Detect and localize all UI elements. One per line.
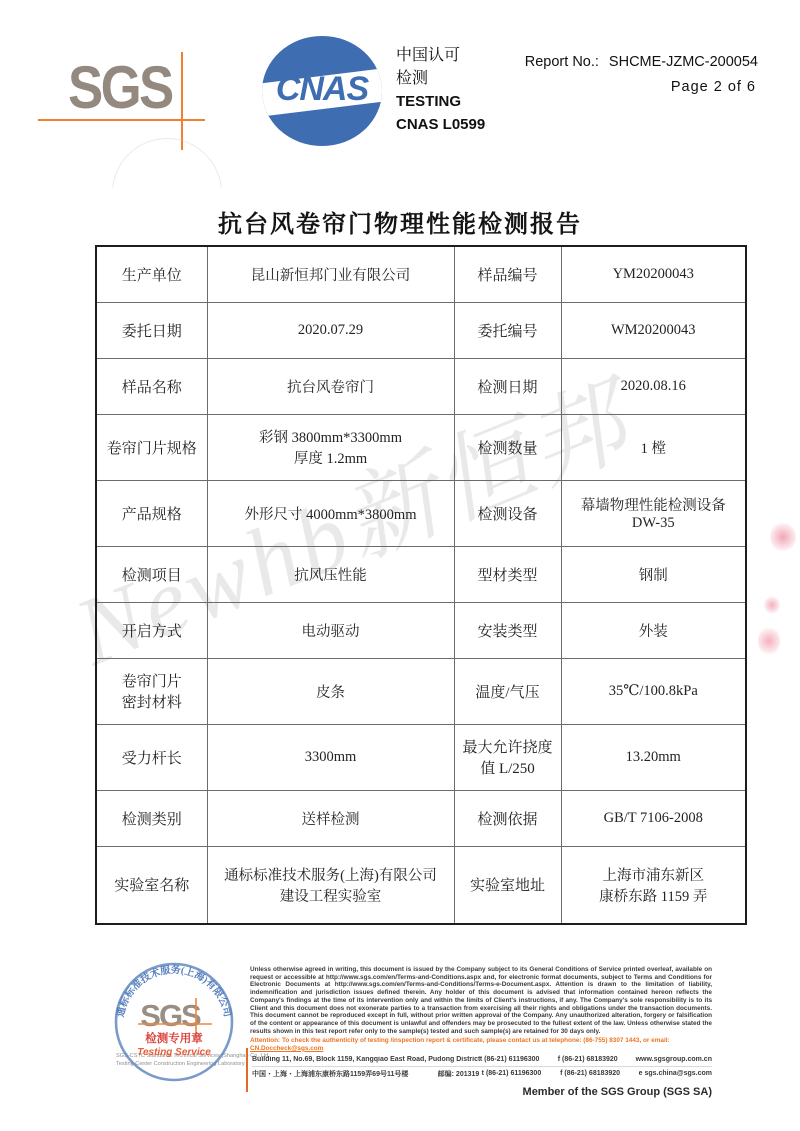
row-label: 受力杆长 — [96, 724, 207, 790]
row-label: 最大允许挠度 值 L/250 — [454, 724, 561, 790]
row-label: 卷帘门片规格 — [96, 414, 207, 480]
row-label: 检测依据 — [454, 790, 561, 846]
row-value: 上海市浦东新区 康桥东路 1159 弄 — [561, 846, 746, 924]
report-no-value: SHCME-JZMC-200054 — [609, 54, 758, 70]
report-info-table: 生产单位 昆山新恒邦门业有限公司 样品编号 YM20200043 委托日期 20… — [95, 245, 747, 925]
row-value: YM20200043 — [561, 246, 746, 302]
row-label: 样品名称 — [96, 358, 207, 414]
stamp-cn-label: 检测专用章 — [145, 1031, 203, 1045]
sgs-logo-vertical-line — [181, 52, 183, 150]
address-en: Building 11, No.69, Block 1159, Kangqiao… — [252, 1056, 480, 1063]
table-row: 卷帘门片 密封材料 皮条 温度/气压 35℃/100.8kPa — [96, 658, 746, 724]
red-seal-fragment — [770, 522, 796, 552]
row-label: 实验室名称 — [96, 846, 207, 924]
page-title: 抗台风卷帘门物理性能检测报告 — [0, 204, 800, 239]
website-url: www.sgsgroup.com.cn — [636, 1056, 712, 1063]
doccheck-email: CN.Doccheck@sgs.com — [250, 1045, 323, 1052]
report-number-block: Report No.:SHCME-JZMC-200054 Page 2 of 6 — [525, 54, 758, 95]
row-label: 检测设备 — [454, 480, 561, 546]
table-row: 产品规格 外形尺寸 4000mm*3800mm 检测设备 幕墙物理性能检测设备 … — [96, 480, 746, 546]
postal-code: 邮编: 201319 — [438, 1069, 482, 1079]
email-address: e sgs.china@sgs.com — [639, 1070, 712, 1077]
address-cn: 中国・上海・上海浦东康桥东路1159弄69号11号楼 — [252, 1069, 438, 1079]
row-label: 型材类型 — [454, 546, 561, 602]
row-label: 实验室地址 — [454, 846, 561, 924]
address-block: Building 11, No.69, Block 1159, Kangqiao… — [252, 1052, 712, 1080]
row-value: 3300mm — [207, 724, 454, 790]
sgs-member-line: Member of the SGS Group (SGS SA) — [523, 1086, 712, 1098]
stamp-en-label: Testing Service — [137, 1047, 211, 1058]
row-value: 皮条 — [207, 658, 454, 724]
row-value: 1 樘 — [561, 414, 746, 480]
cnas-caption: 中国认可 检测 TESTING CNAS L0599 — [396, 44, 485, 136]
cnas-caption-cn1: 中国认可 — [396, 44, 485, 67]
row-label: 安装类型 — [454, 602, 561, 658]
row-value: WM20200043 — [561, 302, 746, 358]
footer-divider-line — [246, 1048, 248, 1092]
row-label: 样品编号 — [454, 246, 561, 302]
row-value: 2020.08.16 — [561, 358, 746, 414]
row-label: 温度/气压 — [454, 658, 561, 724]
sgs-logo-horizontal-line — [38, 119, 205, 121]
cnas-caption-en1: TESTING — [396, 90, 485, 113]
cnas-logo: CNAS — [262, 36, 382, 146]
row-value: 35℃/100.8kPa — [561, 658, 746, 724]
row-label: 检测类别 — [96, 790, 207, 846]
row-label: 委托编号 — [454, 302, 561, 358]
table-row: 生产单位 昆山新恒邦门业有限公司 样品编号 YM20200043 — [96, 246, 746, 302]
table-row: 样品名称 抗台风卷帘门 检测日期 2020.08.16 — [96, 358, 746, 414]
row-value: 彩钢 3800mm*3300mm 厚度 1.2mm — [207, 414, 454, 480]
report-no-label: Report No.: — [525, 54, 599, 70]
stamp-sgs-text: SGS — [140, 998, 201, 1033]
red-seal-fragment — [764, 596, 780, 614]
row-value: 13.20mm — [561, 724, 746, 790]
cnas-logo-text: CNAS — [262, 70, 382, 109]
row-value: 送样检测 — [207, 790, 454, 846]
report-page: SGS CNAS 中国认可 检测 TESTING CNAS L0599 Repo… — [0, 0, 800, 1131]
table-row: 开启方式 电动驱动 安装类型 外装 — [96, 602, 746, 658]
row-value: 2020.07.29 — [207, 302, 454, 358]
row-value: 钢制 — [561, 546, 746, 602]
fax-number: f (86-21) 68183920 — [558, 1056, 636, 1063]
row-value: 电动驱动 — [207, 602, 454, 658]
table-row: 实验室名称 通标标准技术服务(上海)有限公司 建设工程实验室 实验室地址 上海市… — [96, 846, 746, 924]
row-label: 生产单位 — [96, 246, 207, 302]
table-row: 卷帘门片规格 彩钢 3800mm*3300mm 厚度 1.2mm 检测数量 1 … — [96, 414, 746, 480]
sgs-logo: SGS — [68, 60, 172, 116]
row-label: 检测项目 — [96, 546, 207, 602]
attention-notice: Attention: To check the authenticity of … — [250, 1037, 712, 1052]
row-value: 外装 — [561, 602, 746, 658]
table-row: 委托日期 2020.07.29 委托编号 WM20200043 — [96, 302, 746, 358]
row-value: 外形尺寸 4000mm*3800mm — [207, 480, 454, 546]
testing-service-stamp-icon: 通标标准技术服务(上海)有限公司 SGS 检测专用章 Testing Servi… — [110, 958, 238, 1086]
table-row: 检测类别 送样检测 检测依据 GB/T 7106-2008 — [96, 790, 746, 846]
row-label: 委托日期 — [96, 302, 207, 358]
legal-disclaimer: Unless otherwise agreed in writing, this… — [250, 966, 712, 1035]
row-value: 通标标准技术服务(上海)有限公司 建设工程实验室 — [207, 846, 454, 924]
cnas-caption-cn2: 检测 — [396, 67, 485, 90]
phone-number: t (86-21) 61196300 — [480, 1056, 558, 1063]
row-label: 产品规格 — [96, 480, 207, 546]
row-label: 检测日期 — [454, 358, 561, 414]
phone-number: t (86-21) 61196300 — [482, 1070, 560, 1077]
row-label: 开启方式 — [96, 602, 207, 658]
row-value: 昆山新恒邦门业有限公司 — [207, 246, 454, 302]
red-seal-fragment — [758, 626, 780, 656]
row-label: 卷帘门片 密封材料 — [96, 658, 207, 724]
fax-number: f (86-21) 68183920 — [560, 1070, 638, 1077]
row-value: 抗台风卷帘门 — [207, 358, 454, 414]
cnas-caption-en2: CNAS L0599 — [396, 113, 485, 136]
row-value: GB/T 7106-2008 — [561, 790, 746, 846]
row-value: 抗风压性能 — [207, 546, 454, 602]
table-row: 检测项目 抗风压性能 型材类型 钢制 — [96, 546, 746, 602]
page-indicator: Page 2 of 6 — [525, 79, 756, 95]
table-row: 受力杆长 3300mm 最大允许挠度 值 L/250 13.20mm — [96, 724, 746, 790]
row-label: 检测数量 — [454, 414, 561, 480]
row-value: 幕墙物理性能检测设备 DW-35 — [561, 480, 746, 546]
